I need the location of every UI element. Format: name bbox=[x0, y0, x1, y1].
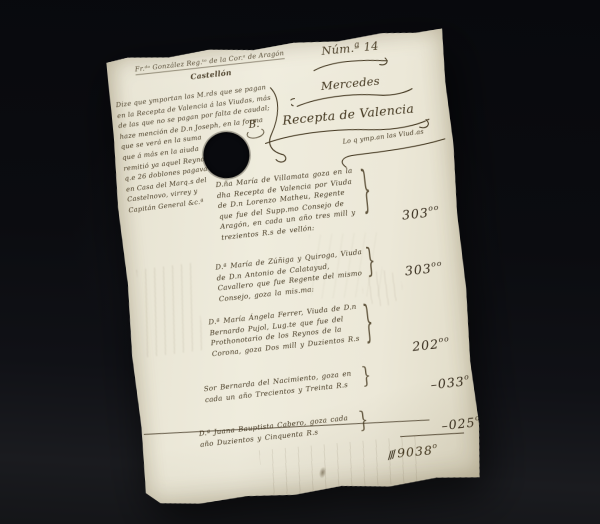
entry-bracket-icon bbox=[357, 409, 369, 432]
ledger-entry: D.ª María Ángela Ferrer, Viuda de D.n Be… bbox=[208, 301, 364, 359]
total-value: 9038 bbox=[396, 442, 433, 460]
entry-amount: 202oo bbox=[411, 332, 451, 355]
paper-sheet: Fr.ᵈᵒ González Reg.ᵗᵉ de la Cor.ᵃ de Ara… bbox=[104, 28, 484, 509]
entry-text: D.ña María de Villamata goza en la dha R… bbox=[215, 165, 363, 243]
entry-amount: 303oo bbox=[404, 257, 444, 280]
entry-amount: –033o bbox=[430, 370, 471, 393]
tally-marks-icon: /// bbox=[388, 449, 394, 462]
entry-amount: –025o bbox=[440, 411, 481, 434]
entry-text: D.ª María Ángela Ferrer, Viuda de D.n Be… bbox=[208, 301, 364, 359]
photograph-background: Fr.ᵈᵒ González Reg.ᵗᵉ de la Cor.ᵃ de Ara… bbox=[0, 0, 600, 524]
entry-text: Sor Bernarda del Nacimiento, goza en cad… bbox=[203, 368, 360, 405]
entry-bracket-icon bbox=[361, 301, 375, 345]
entry-amount: 303oo bbox=[401, 201, 441, 224]
ledger-entry: D.ª María de Zúñiga y Quiroga, Viuda de … bbox=[215, 247, 367, 304]
entry-text: D.ª Juana Bauptista Cabero, goza cada añ… bbox=[198, 412, 357, 450]
manuscript-document: Fr.ᵈᵒ González Reg.ᵗᵉ de la Cor.ᵃ de Ara… bbox=[104, 28, 484, 509]
ledger-entries: D.ña María de Villamata goza en la dha R… bbox=[104, 28, 484, 509]
ledger-entry: D.ª Juana Bauptista Cabero, goza cada añ… bbox=[198, 412, 357, 450]
total-value-superscript: o bbox=[432, 441, 438, 450]
entry-bracket-icon bbox=[364, 245, 377, 279]
entry-text: D.ª María de Zúñiga y Quiroga, Viuda de … bbox=[215, 247, 367, 304]
ledger-entry: D.ña María de Villamata goza en la dha R… bbox=[215, 165, 363, 243]
entry-bracket-icon bbox=[360, 365, 372, 388]
ledger-entry: Sor Bernarda del Nacimiento, goza en cad… bbox=[203, 368, 360, 405]
